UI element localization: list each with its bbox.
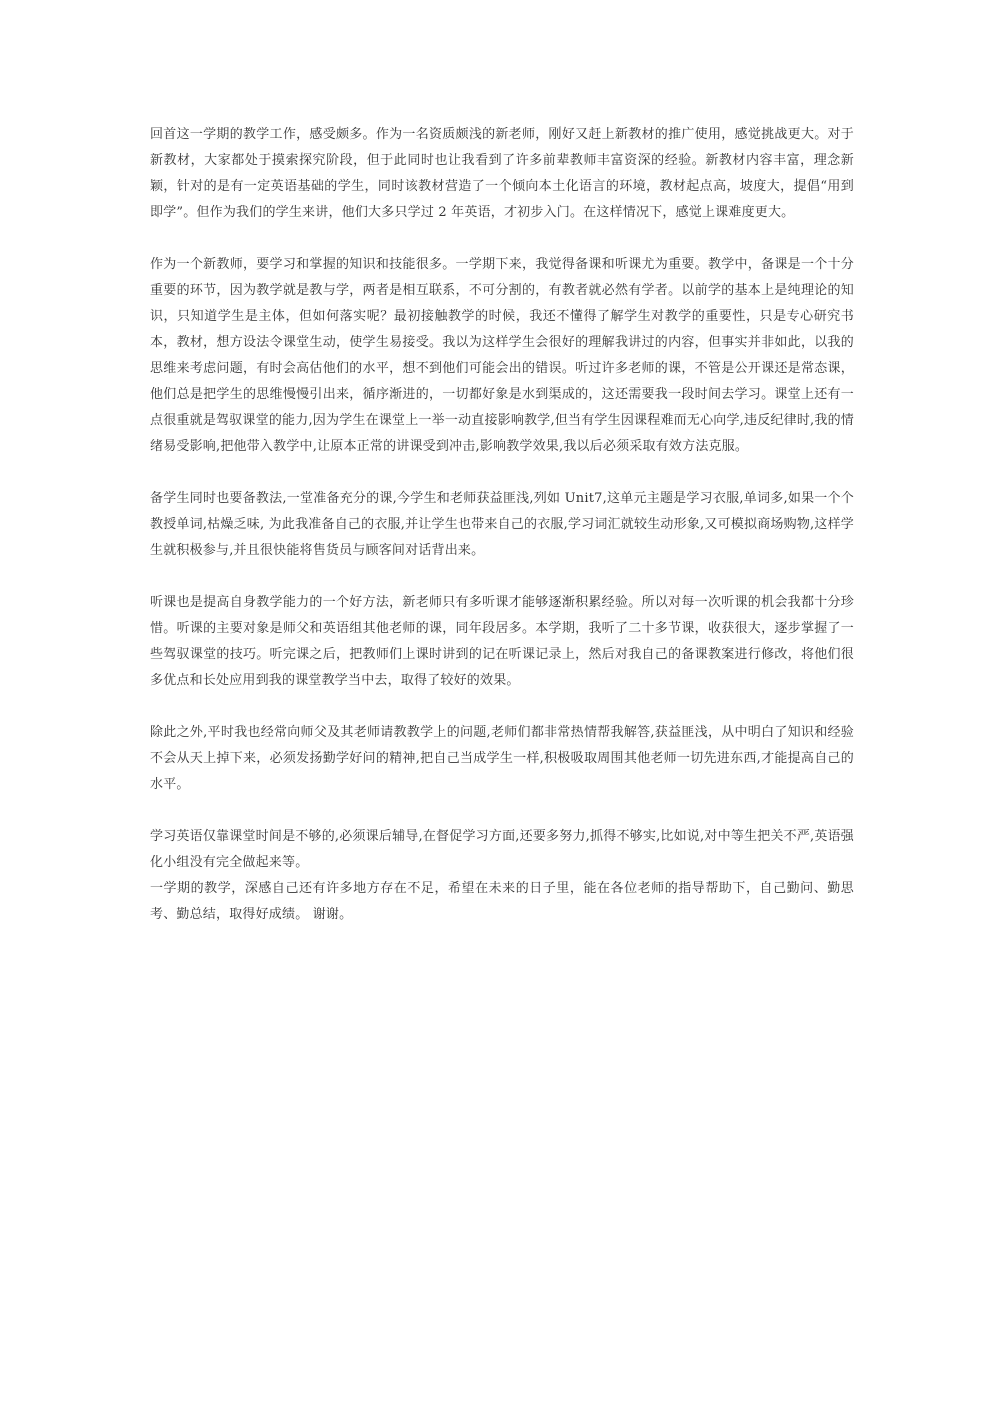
document-page: 回首这一学期的教学工作，感受颇多。作为一名资质颇浅的新老师，刚好又赶上新教材的推…: [150, 122, 854, 954]
paragraph-asking-colleagues: 除此之外,平时我也经常向师父及其老师请教教学上的问题,老师们都非常热情帮我解答,…: [150, 720, 854, 798]
paragraph-teaching-methods: 备学生同时也要备教法,一堂准备充分的课,今学生和老师获益匪浅,列如 Unit7,…: [150, 486, 854, 564]
paragraph-conclusion: 一学期的教学，深感自己还有许多地方存在不足，希望在未来的日子里，能在各位老师的指…: [150, 876, 854, 928]
paragraph-lesson-prep: 作为一个新教师，要学习和掌握的知识和技能很多。一学期下来，我觉得备课和听课尤为重…: [150, 252, 854, 460]
paragraph-observing-classes: 听课也是提高自身教学能力的一个好方法，新老师只有多听课才能够逐渐积累经验。所以对…: [150, 590, 854, 694]
paragraph-intro: 回首这一学期的教学工作，感受颇多。作为一名资质颇浅的新老师，刚好又赶上新教材的推…: [150, 122, 854, 226]
paragraph-after-class-tutoring: 学习英语仅靠课堂时间是不够的,必须课后辅导,在督促学习方面,还要多努力,抓得不够…: [150, 824, 854, 876]
